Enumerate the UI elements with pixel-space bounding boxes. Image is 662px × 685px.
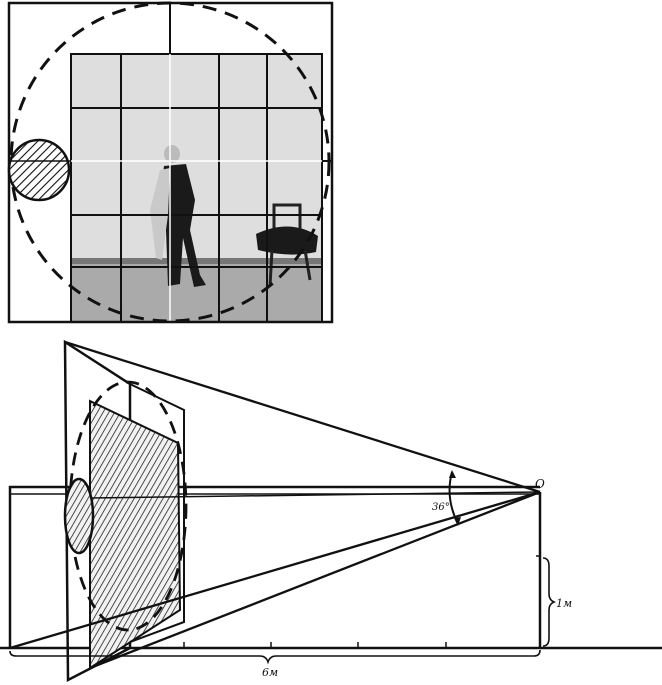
distance-label: 6м [262,666,278,679]
eye-point-label: O [535,477,545,491]
perspective-diagram: O 36° 1м 6м [0,0,662,685]
photo [71,54,322,322]
top-panel [9,3,332,322]
bottom-panel [0,342,662,680]
height-label: 1м [556,597,572,610]
angle-label: 36° [432,502,450,513]
blind-spot-circle [9,140,69,200]
height-brace [543,558,554,646]
blind-spot-ellipse [65,479,93,553]
